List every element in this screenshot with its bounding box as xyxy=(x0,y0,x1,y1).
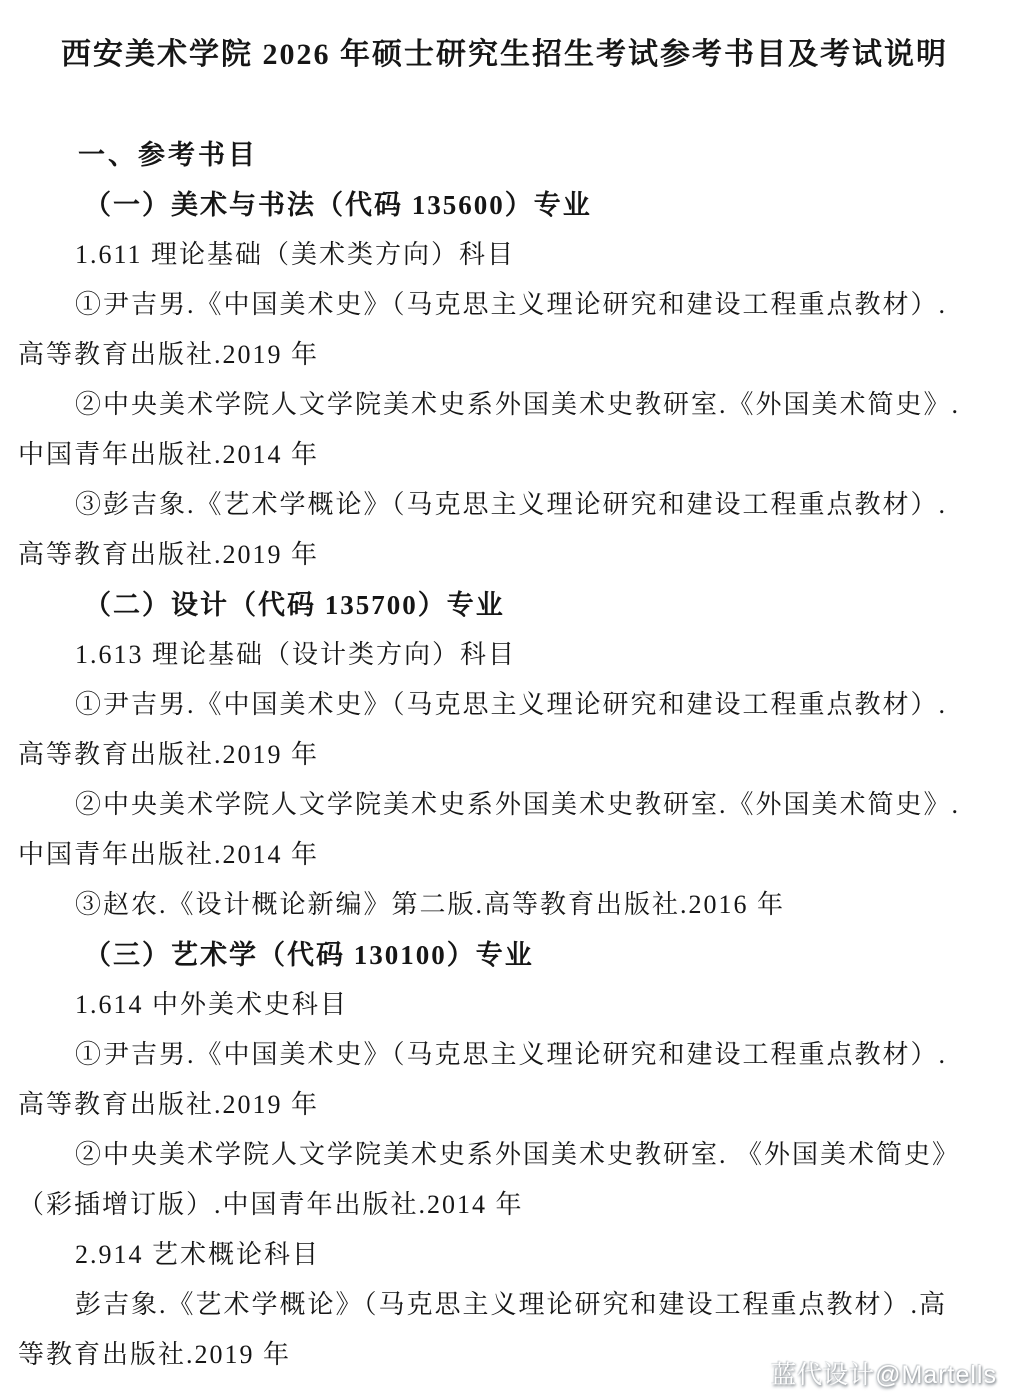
section-heading-3: （三）艺术学（代码 130100）专业 xyxy=(18,930,991,980)
section-heading-2: （二）设计（代码 135700）专业 xyxy=(18,580,991,630)
body-line: ②中央美术学院人文学院美术史系外国美术史教研室.《外国美术简史》. xyxy=(18,780,991,830)
document-title: 西安美术学院 2026 年硕士研究生招生考试参考书目及考试说明 xyxy=(18,25,991,85)
body-line: 2.914 艺术概论科目 xyxy=(18,1230,991,1280)
body-line: ②中央美术学院人文学院美术史系外国美术史教研室. 《外国美术简史》 xyxy=(18,1130,991,1180)
body-line: 1.611 理论基础（美术类方向）科目 xyxy=(18,230,991,280)
body-line: 1.614 中外美术史科目 xyxy=(18,980,991,1030)
watermark: 蓝代设计@Martells xyxy=(771,1355,997,1391)
body-line: ①尹吉男.《中国美术史》（马克思主义理论研究和建设工程重点教材）. xyxy=(18,680,991,730)
body-line: ③赵农.《设计概论新编》第二版.高等教育出版社.2016 年 xyxy=(18,880,991,930)
body-line: 高等教育出版社.2019 年 xyxy=(18,1080,991,1130)
body-line: 高等教育出版社.2019 年 xyxy=(18,730,991,780)
document-page: 西安美术学院 2026 年硕士研究生招生考试参考书目及考试说明 一、参考书目 （… xyxy=(0,0,1009,1397)
body-line: ①尹吉男.《中国美术史》（马克思主义理论研究和建设工程重点教材）. xyxy=(18,280,991,330)
body-line: （彩插增订版）.中国青年出版社.2014 年 xyxy=(18,1180,991,1230)
body-line: 高等教育出版社.2019 年 xyxy=(18,330,991,380)
toc-heading: 一、参考书目 xyxy=(18,130,991,180)
body-line: 1.613 理论基础（设计类方向）科目 xyxy=(18,630,991,680)
section-heading-1: （一）美术与书法（代码 135600）专业 xyxy=(18,180,991,230)
body-line: ①尹吉男.《中国美术史》（马克思主义理论研究和建设工程重点教材）. xyxy=(18,1030,991,1080)
document-content: 西安美术学院 2026 年硕士研究生招生考试参考书目及考试说明 一、参考书目 （… xyxy=(0,0,1009,1380)
body-line: 彭吉象.《艺术学概论》（马克思主义理论研究和建设工程重点教材）.高 xyxy=(18,1280,991,1330)
body-line: ③彭吉象.《艺术学概论》（马克思主义理论研究和建设工程重点教材）. xyxy=(18,480,991,530)
body-line: 高等教育出版社.2019 年 xyxy=(18,530,991,580)
body-line: 中国青年出版社.2014 年 xyxy=(18,830,991,880)
body-line: ②中央美术学院人文学院美术史系外国美术史教研室.《外国美术简史》. xyxy=(18,380,991,430)
body-line: 中国青年出版社.2014 年 xyxy=(18,430,991,480)
